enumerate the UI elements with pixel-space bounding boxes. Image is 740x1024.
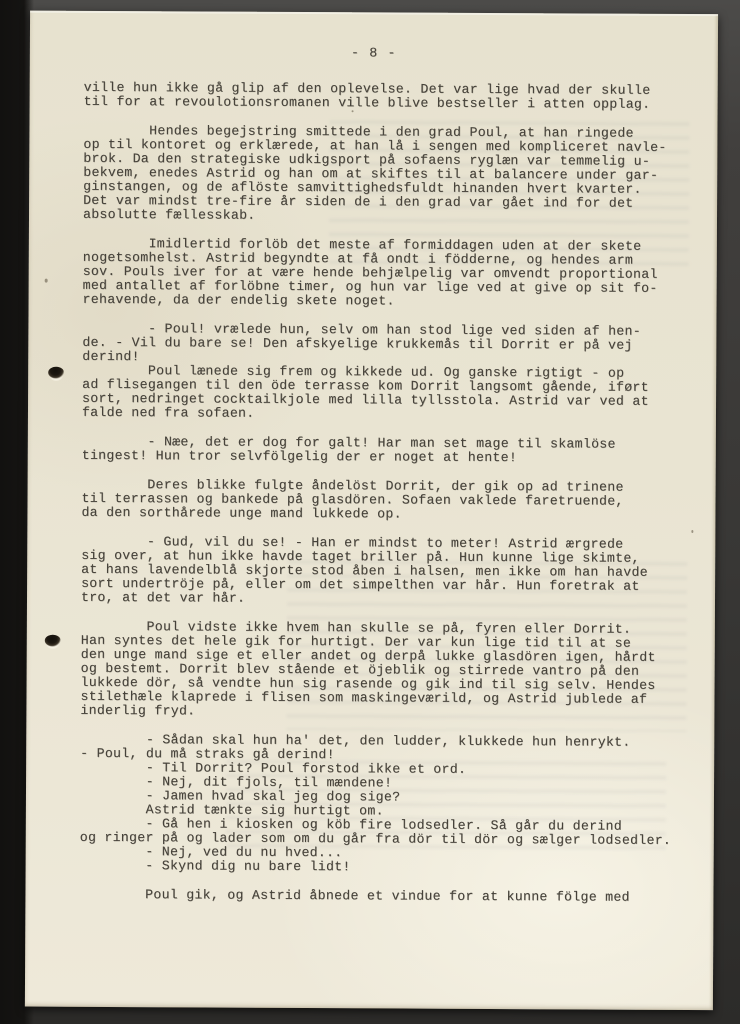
paragraph-block: Imidlertid forlöb det meste af formiddag…	[83, 237, 691, 310]
document-page: - 8 - ville hun ikke gå glip af den ople…	[25, 11, 718, 1011]
text-line: til for at revoulotionsromanen ville bli…	[84, 95, 692, 112]
document-body: ville hun ikke gå glip af den oplevelse.…	[79, 81, 691, 905]
paragraph-block: ville hun ikke gå glip af den oplevelse.…	[84, 81, 692, 112]
paragraph-block: Poul vidste ikke hvem han skulle se på, …	[80, 620, 689, 721]
photo-background: { "colors": { "ink": "#46423a", "paper":…	[0, 0, 740, 1024]
paragraph-block: Poul gik, og Astrid åbnede et vindue for…	[79, 888, 687, 905]
paragraph-block: - Næe, det er dog for galt! Har man set …	[82, 435, 690, 466]
page-number: - 8 -	[84, 45, 664, 62]
page-content: - 8 - ville hun ikke gå glip af den ople…	[25, 11, 718, 906]
text-line: Poul gik, og Astrid åbnede et vindue for…	[79, 888, 687, 905]
paragraph-block: - Sådan skal hun ha' det, den ludder, kl…	[80, 733, 689, 876]
paragraph-block: Hendes begejstring smittede i den grad P…	[83, 124, 692, 225]
paragraph-block: Deres blikke fulgte åndelöst Dorrit, der…	[81, 478, 689, 523]
paragraph-block: - Poul! vrælede hun, selv om han stod li…	[82, 322, 691, 423]
text-line: - Skynd dig nu bare lidt!	[80, 859, 688, 876]
paragraph-block: - Gud, vil du se! - Han er mindst to met…	[81, 535, 689, 608]
